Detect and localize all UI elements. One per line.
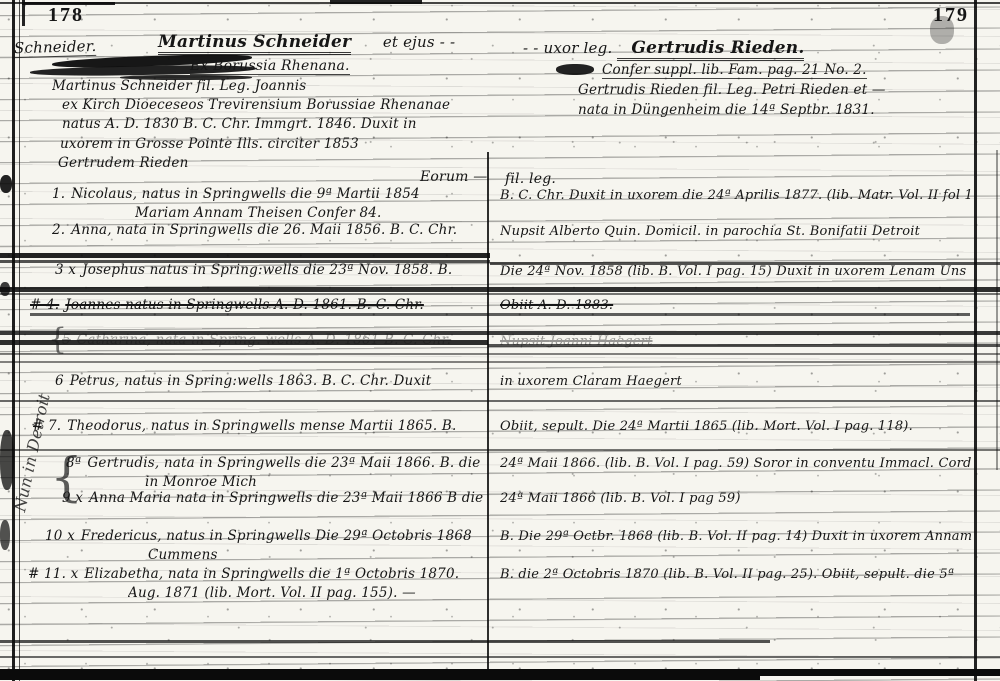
child-number: # 7. xyxy=(32,418,67,434)
record-detail: 24ª Maii 1866 (lib. B. Vol. I pag 59) xyxy=(500,491,741,506)
right-page-edge-line xyxy=(974,0,977,681)
child-row-10-left: 10 xFredericus, natus in Springwells Die… xyxy=(45,528,485,544)
scan-band xyxy=(0,293,1000,295)
wife-name-accusative: Gertrudem Rieden xyxy=(58,155,189,171)
child-row-9-right: 24ª Maii 1866 (lib. B. Vol. I pag 59) xyxy=(500,491,972,506)
child-name: Gertrudis xyxy=(87,455,155,471)
child-name: Theodorus xyxy=(67,418,141,434)
child-row-8-left: 8ªGertrudis, nata in Springwells die 23ª… xyxy=(66,455,486,471)
child-row-8-right: 24ª Maii 1866. (lib. B. Vol. I pag. 59) … xyxy=(500,456,972,471)
scanned-family-register-page: 178 179 Schneider. Nun in Detroit Martin… xyxy=(0,0,1000,681)
child-name: Nicolaus xyxy=(71,186,132,202)
death-note: Obiit A. D. 1883. xyxy=(500,298,613,313)
child-row-11-right: B. die 2ª Octobris 1870 (lib. B. Vol. II… xyxy=(500,567,972,582)
husband-name: Martinus Schneider xyxy=(158,32,351,55)
child-row-7-left: # 7.Theodorus, natus in Springwells mens… xyxy=(32,418,487,434)
column-divider-line xyxy=(487,152,489,672)
child-row-3-left: 3 xJosephus natus in Spring:wells die 23… xyxy=(55,262,487,278)
scan-band xyxy=(0,2,1000,4)
child-name: Anna Maria xyxy=(89,490,171,506)
child-number: 8ª xyxy=(66,455,87,471)
child-number: 3 x xyxy=(55,262,82,278)
child-name: Fredericus xyxy=(81,528,157,544)
child-name: Anna xyxy=(71,222,107,238)
scan-band xyxy=(0,287,1000,292)
child-detail: , natus in Springwells Die 29ª Octobris … xyxy=(157,528,472,544)
scan-band xyxy=(30,313,970,316)
bottom-border-band xyxy=(0,669,1000,676)
husband-filiation: fil. Leg. Joannis xyxy=(192,78,307,94)
scan-band xyxy=(0,449,1000,451)
child-row-4-right: Obiit A. D. 1883. xyxy=(500,298,972,313)
scan-band xyxy=(0,640,770,643)
record-detail: Domicil. in parochia St. Bonifatii Detro… xyxy=(641,224,920,239)
wife-name: Gertrudis Rieden. xyxy=(617,38,804,61)
wife-detail-line-2: nata in Düngenheim die 14ª Septbr. 1831. xyxy=(578,102,973,118)
record-detail: B. Die 29ª Octbr. 1868 (lib. B. Vol. II … xyxy=(500,529,925,544)
record-detail: B. C. Chr. Duxit in uxorem die 24ª April… xyxy=(500,188,784,203)
record-detail: Nupsit xyxy=(500,334,550,349)
record-detail: in uxorem xyxy=(500,374,573,389)
record-detail: B. die 2ª Octobris 1870 (lib. B. Vol. II… xyxy=(500,567,954,582)
child-detail: Aug. 1871 (lib. Mort. Vol. II pag. 155).… xyxy=(128,585,416,601)
record-detail: (lib. Matr. Vol. II fol 138) xyxy=(822,188,972,203)
husband-detail-line-4: uxorem in Grosse Pointe Ills. circiter 1… xyxy=(60,136,484,152)
child-name: Catharina xyxy=(77,332,147,348)
child-detail: , nata in Springwells die 23ª Maii 1866.… xyxy=(155,455,481,471)
child-name: Josephus xyxy=(82,262,145,278)
husband-name-repeat: Martinus Schneider xyxy=(52,78,192,94)
child-number: 5 xyxy=(62,332,77,348)
spouse-name: Alberto Quin. xyxy=(550,224,641,239)
child-number: 6 xyxy=(55,373,70,389)
child-row-9-left: 9 xAnna Maria nata in Springwells die 23… xyxy=(62,490,486,506)
child-detail: , natus in Springwells die 9ª Martii 185… xyxy=(133,186,420,202)
spouse-name: Cummens xyxy=(148,547,218,563)
title-prefix: - - uxor leg. xyxy=(523,39,612,57)
child-detail: , nata in Spring. wells A. D. 1861 B. C.… xyxy=(147,332,452,348)
child-row-11-left: # 11. xElizabetha, nata in Springwells d… xyxy=(28,566,486,582)
left-page-subtitle: Ex Borussia Rhenana. xyxy=(190,58,350,74)
wife-detail-line-1: Gertrudis Rieden fil. Leg. Petri Rieden … xyxy=(578,82,973,98)
child-detail: , natus in Springwells mense Martii 1865… xyxy=(142,418,457,434)
right-edge-shadow-line xyxy=(996,150,998,470)
left-page-number: 178 xyxy=(48,4,84,27)
edge-smudge xyxy=(0,430,14,490)
record-detail: Nupsit xyxy=(500,224,550,239)
husband-detail-line-2: ex Kirch Dioeceseos Trevirensium Borussi… xyxy=(62,97,486,113)
spouse-name: Annam xyxy=(925,529,972,544)
child-row-1-left: 1.Nicolaus, natus in Springwells die 9ª … xyxy=(52,186,487,202)
husband-detail-line-5: Gertrudem Rieden xyxy=(58,155,482,171)
child-name: Joannes xyxy=(65,297,120,313)
death-note: Obiit, sepult. Die 24ª Martii 1865 (lib.… xyxy=(500,419,913,434)
child-detail: natus in Springwells A. D. 1861. B. C. C… xyxy=(121,297,424,313)
right-page-reference: Confer suppl. lib. Fam. pag. 21 No. 2. xyxy=(602,62,867,78)
wife-name-repeat: Gertrudis Rieden xyxy=(578,82,699,98)
record-detail: Die 24ª Nov. 1858 (lib. B. Vol. I pag. 1… xyxy=(500,264,890,279)
subtitle-text: Ex Borussia Rhenana. xyxy=(190,58,350,75)
reference-text: Confer suppl. lib. Fam. pag. 21 No. 2. xyxy=(602,62,867,79)
husband-detail-line-3: natus A. D. 1830 B. C. Chr. Immgrt. 1846… xyxy=(62,116,486,132)
child-detail: , nata in Springwells die 1ª Octobris 18… xyxy=(159,566,459,582)
child-detail: in Monroe Mich xyxy=(145,474,257,490)
child-number: # 11. x xyxy=(28,566,84,582)
scan-band xyxy=(0,253,490,258)
child-name: Elizabetha xyxy=(84,566,158,582)
child-row-8-left-line2: in Monroe Mich xyxy=(145,474,485,490)
spouse-name: Joanni Haegert xyxy=(550,334,653,349)
left-column-label: Eorum — xyxy=(420,169,487,185)
child-detail: Confer 84. xyxy=(303,205,382,221)
spouse-name: Lenam Uns xyxy=(890,264,967,279)
margin-surname: Schneider. xyxy=(14,37,97,57)
child-detail: natus in Spring:wells die 23ª Nov. 1858.… xyxy=(145,262,452,278)
child-row-4-left: # 4.Joannes natus in Springwells A. D. 1… xyxy=(30,297,486,313)
spouse-name: Mariam Annam Theisen xyxy=(135,205,303,221)
title-suffix: et ejus - - xyxy=(357,33,455,51)
child-name: Petrus xyxy=(70,373,115,389)
ink-blot xyxy=(556,64,594,75)
child-row-5-left: 5Catharina, nata in Spring. wells A. D. … xyxy=(62,332,486,348)
child-row-10-left-line2: Cummens xyxy=(148,547,478,563)
scan-band xyxy=(330,0,422,4)
child-number: 1. xyxy=(52,186,71,202)
wife-filiation: fil. Leg. Petri Rieden et — xyxy=(699,82,886,98)
record-highlight: 1877. xyxy=(784,188,822,203)
scan-band xyxy=(0,656,1000,658)
child-row-2-right: Nupsit Alberto Quin. Domicil. in parochi… xyxy=(500,224,972,239)
spouse-name: Claram Haegert xyxy=(573,374,682,389)
child-number: # 4. xyxy=(30,297,65,313)
child-row-7-right: Obiit, sepult. Die 24ª Martii 1865 (lib.… xyxy=(500,419,972,434)
child-number: 10 x xyxy=(45,528,81,544)
child-row-11-left-line2: Aug. 1871 (lib. Mort. Vol. II pag. 155).… xyxy=(128,585,478,601)
child-detail: nata in Springwells die 23ª Maii 1866 B … xyxy=(171,490,483,506)
child-detail: , natus in Spring:wells 1863. B. C. Chr.… xyxy=(115,373,431,389)
edge-smudge xyxy=(0,282,10,296)
right-column-label: fil. leg. xyxy=(505,171,556,187)
right-page-title: - - uxor leg. Gertrudis Rieden. xyxy=(523,38,804,58)
husband-detail-line-1: Martinus Schneider fil. Leg. Joannis xyxy=(52,78,482,94)
child-number: 9 x xyxy=(62,490,89,506)
child-row-6-left: 6Petrus, natus in Spring:wells 1863. B. … xyxy=(55,373,487,389)
left-page-title: Martinus Schneider et ejus - - xyxy=(158,32,455,52)
bottom-border-band xyxy=(0,676,760,680)
child-row-10-right: B. Die 29ª Octbr. 1868 (lib. B. Vol. II … xyxy=(500,529,972,544)
child-row-6-right: in uxorem Claram Haegert xyxy=(500,374,972,389)
child-row-1-right: B. C. Chr. Duxit in uxorem die 24ª April… xyxy=(500,188,972,203)
child-row-5-right: Nupsit Joanni Haegert xyxy=(500,334,972,349)
scan-band xyxy=(0,400,1000,402)
scan-band xyxy=(0,361,1000,363)
right-page-number: 179 xyxy=(933,4,969,27)
child-detail: , nata in Springwells die 26. Maii 1856.… xyxy=(107,222,457,238)
child-row-2-left: 2.Anna, nata in Springwells die 26. Maii… xyxy=(52,222,487,238)
record-detail: 24ª Maii 1866. (lib. B. Vol. I pag. 59) … xyxy=(500,456,972,471)
margin-surname-text: Schneider. xyxy=(14,37,97,58)
child-row-3-right: Die 24ª Nov. 1858 (lib. B. Vol. I pag. 1… xyxy=(500,264,972,279)
child-row-1-left-line2: Mariam Annam Theisen Confer 84. xyxy=(135,205,485,221)
child-number: 2. xyxy=(52,222,71,238)
scan-band xyxy=(0,353,1000,355)
edge-smudge xyxy=(0,175,12,193)
